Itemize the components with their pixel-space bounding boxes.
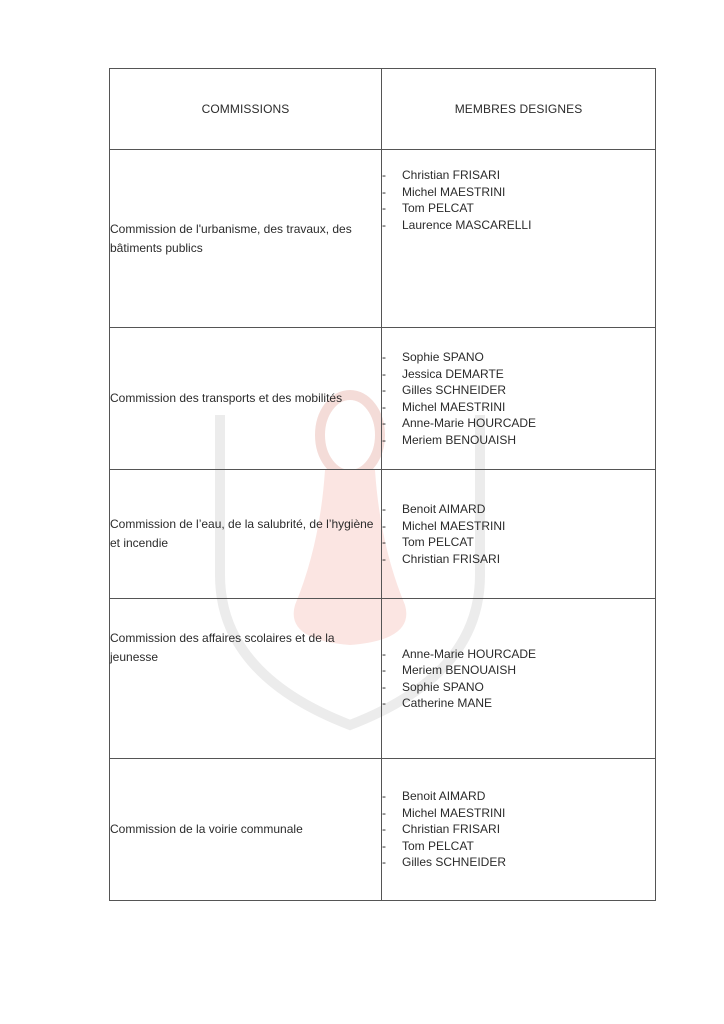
header-commissions: COMMISSIONS — [110, 69, 382, 150]
member-item: -Benoit AIMARD — [382, 788, 655, 805]
member-item: -Laurence MASCARELLI — [382, 217, 655, 234]
commission-name: Commission de la voirie communale — [110, 759, 382, 901]
member-item: -Michel MAESTRINI — [382, 518, 655, 535]
member-item: -Michel MAESTRINI — [382, 399, 655, 416]
member-item: -Tom PELCAT — [382, 200, 655, 217]
commissions-table: COMMISSIONS MEMBRES DESIGNES Commission … — [109, 68, 656, 901]
members-list: -Sophie SPANO -Jessica DEMARTE -Gilles S… — [382, 349, 655, 448]
table-row: Commission de la voirie communale -Benoi… — [110, 759, 656, 901]
member-item: -Jessica DEMARTE — [382, 366, 655, 383]
member-item: -Gilles SCHNEIDER — [382, 382, 655, 399]
members-cell: -Benoit AIMARD -Michel MAESTRINI -Tom PE… — [382, 470, 656, 599]
members-cell: -Anne-Marie HOURCADE -Meriem BENOUAISH -… — [382, 599, 656, 759]
members-cell: -Christian FRISARI -Michel MAESTRINI -To… — [382, 150, 656, 328]
member-item: -Sophie SPANO — [382, 349, 655, 366]
member-item: -Meriem BENOUAISH — [382, 432, 655, 449]
table-row: Commission de l'urbanisme, des travaux, … — [110, 150, 656, 328]
members-cell: -Sophie SPANO -Jessica DEMARTE -Gilles S… — [382, 328, 656, 470]
member-item: -Anne-Marie HOURCADE — [382, 646, 655, 663]
member-item: -Michel MAESTRINI — [382, 184, 655, 201]
member-item: -Christian FRISARI — [382, 821, 655, 838]
member-item: -Tom PELCAT — [382, 838, 655, 855]
members-list: -Anne-Marie HOURCADE -Meriem BENOUAISH -… — [382, 646, 655, 712]
members-list: -Benoit AIMARD -Michel MAESTRINI -Christ… — [382, 788, 655, 871]
member-item: -Meriem BENOUAISH — [382, 662, 655, 679]
member-item: -Sophie SPANO — [382, 679, 655, 696]
members-list: -Benoit AIMARD -Michel MAESTRINI -Tom PE… — [382, 501, 655, 567]
members-cell: -Benoit AIMARD -Michel MAESTRINI -Christ… — [382, 759, 656, 901]
commission-name: Commission de l'urbanisme, des travaux, … — [110, 150, 382, 328]
commission-name: Commission des transports et des mobilit… — [110, 328, 382, 470]
member-item: -Gilles SCHNEIDER — [382, 854, 655, 871]
header-row: COMMISSIONS MEMBRES DESIGNES — [110, 69, 656, 150]
member-item: -Christian FRISARI — [382, 167, 655, 184]
header-members: MEMBRES DESIGNES — [382, 69, 656, 150]
members-list: -Christian FRISARI -Michel MAESTRINI -To… — [382, 167, 655, 233]
member-item: -Anne-Marie HOURCADE — [382, 415, 655, 432]
commission-name: Commission des affaires scolaires et de … — [110, 599, 382, 759]
member-item: -Tom PELCAT — [382, 534, 655, 551]
table-row: Commission de l’eau, de la salubrité, de… — [110, 470, 656, 599]
commission-name: Commission de l’eau, de la salubrité, de… — [110, 470, 382, 599]
table-row: Commission des affaires scolaires et de … — [110, 599, 656, 759]
member-item: -Benoit AIMARD — [382, 501, 655, 518]
member-item: -Christian FRISARI — [382, 551, 655, 568]
table-row: Commission des transports et des mobilit… — [110, 328, 656, 470]
member-item: -Catherine MANE — [382, 695, 655, 712]
member-item: -Michel MAESTRINI — [382, 805, 655, 822]
